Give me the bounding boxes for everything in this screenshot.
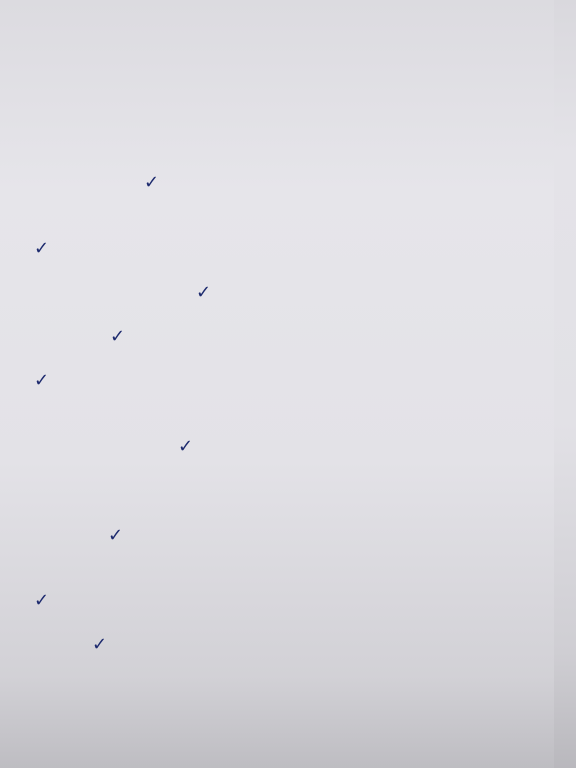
checkmark-icon: ✓ (34, 590, 49, 611)
question-10-options (38, 644, 226, 659)
checkmark-icon: ✓ (108, 525, 123, 546)
question-8-options (38, 534, 238, 549)
question-1-options (38, 180, 147, 195)
checkmark-icon: ✓ (196, 282, 211, 303)
question-6-options-row1 (38, 380, 188, 395)
question-9-options-row1 (38, 578, 218, 593)
question-3-options (38, 247, 342, 262)
checkmark-icon: ✓ (34, 370, 49, 391)
question-9-options-row2 (38, 600, 432, 615)
question-6-options-row2 (38, 402, 188, 417)
checkmark-icon: ✓ (110, 326, 125, 347)
checkmark-icon: ✓ (92, 634, 107, 655)
checkmark-icon: ✓ (34, 238, 49, 259)
checkmark-icon: ✓ (144, 172, 159, 193)
question-7-options-row1 (38, 446, 172, 461)
questionnaire-page-1: ✓ ✓ ✓ ✓ ✓ ✓ (0, 0, 554, 768)
question-4-options (38, 291, 294, 306)
question-5-options (38, 336, 250, 351)
checkmark-icon: ✓ (178, 436, 193, 457)
